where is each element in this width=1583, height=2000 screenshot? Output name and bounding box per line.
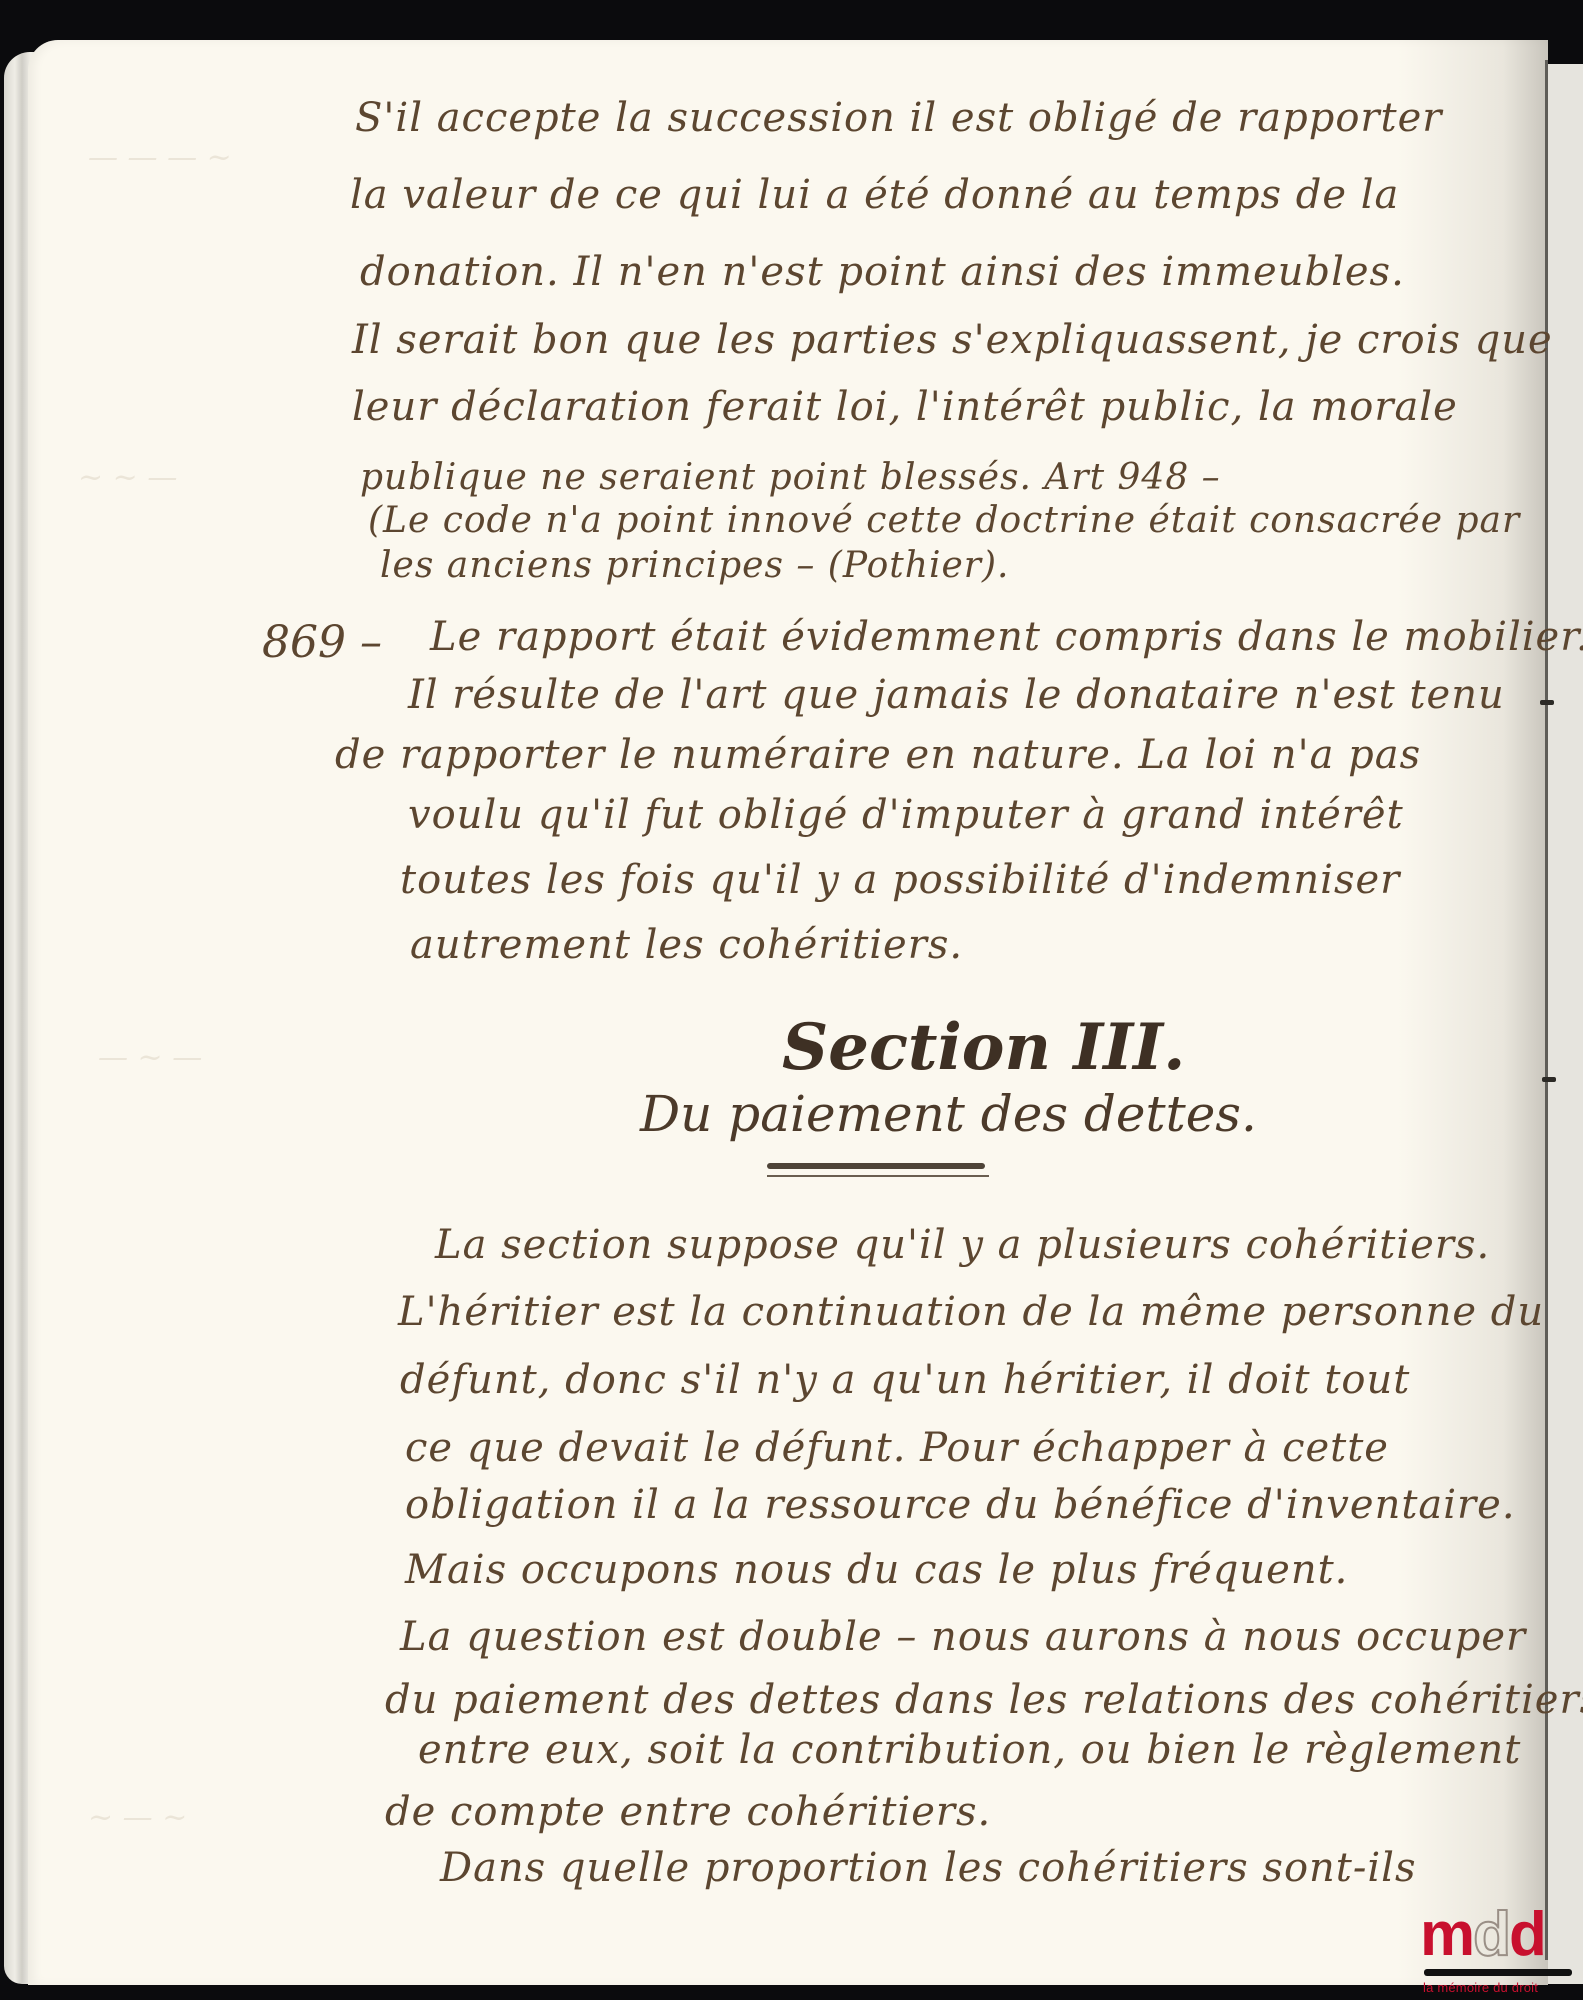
- manuscript-line: du paiement des dettes dans les relation…: [385, 1680, 1583, 1720]
- manuscript-line: autrement les cohéritiers.: [410, 925, 963, 965]
- section-divider: [767, 1163, 985, 1169]
- logo-letter-d: d: [1509, 1905, 1545, 1965]
- manuscript-line: la valeur de ce qui lui a été donné au t…: [350, 175, 1399, 215]
- manuscript-line: S'il accepte la succession il est obligé…: [355, 98, 1442, 138]
- mdd-logo: m d d la mémoire du droit: [1420, 1905, 1580, 1997]
- mdd-logo-mark: m d d: [1420, 1905, 1580, 1965]
- scanned-manuscript: — — — ~ ~ ~ — — ~ — ~ — ~ S'il accepte l…: [0, 0, 1583, 2000]
- manuscript-line: Mais occupons nous du cas le plus fréque…: [405, 1550, 1348, 1590]
- section-title: Section III.: [782, 1010, 1185, 1085]
- logo-letter-m: m: [1420, 1905, 1473, 1965]
- manuscript-line: obligation il a la ressource du bénéfice…: [405, 1485, 1516, 1525]
- manuscript-line: les anciens principes – (Pothier).: [380, 548, 1009, 584]
- bleed-through-text: — — — ~: [88, 140, 232, 175]
- bleed-through-text: ~ ~ —: [78, 460, 177, 495]
- manuscript-line: défunt, donc s'il n'y a qu'un héritier, …: [400, 1360, 1410, 1400]
- manuscript-line: toutes les fois qu'il y a possibilité d'…: [400, 860, 1400, 900]
- manuscript-line: La section suppose qu'il y a plusieurs c…: [435, 1225, 1490, 1265]
- manuscript-line: L'héritier est la continuation de la mêm…: [398, 1292, 1544, 1332]
- manuscript-line: Il résulte de l'art que jamais le donata…: [408, 675, 1505, 715]
- manuscript-line: ce que devait le défunt. Pour échapper à…: [405, 1428, 1389, 1468]
- manuscript-line: donation. Il n'en n'est point ainsi des …: [360, 252, 1405, 292]
- manuscript-line: Dans quelle proportion les cohéritiers s…: [440, 1848, 1417, 1888]
- manuscript-line: Le rapport était évidemment compris dans…: [430, 617, 1583, 657]
- manuscript-line: Il serait bon que les parties s'expliqua…: [352, 320, 1553, 360]
- logo-letter-d-outline: d: [1473, 1905, 1509, 1965]
- manuscript-line: de rapporter le numéraire en nature. La …: [335, 735, 1421, 775]
- manuscript-line: La question est double – nous aurons à n…: [400, 1617, 1526, 1657]
- binding-stitch: [1540, 700, 1554, 705]
- article-number: 869 –: [262, 617, 382, 668]
- section-subtitle: Du paiement des dettes.: [640, 1085, 1257, 1143]
- manuscript-line: voulu qu'il fut obligé d'imputer à grand…: [408, 795, 1404, 835]
- bleed-through-text: — ~ —: [98, 1040, 202, 1075]
- manuscript-line: (Le code n'a point innové cette doctrine…: [368, 503, 1520, 539]
- logo-underline: [1424, 1969, 1572, 1976]
- section-divider-thin: [767, 1175, 989, 1177]
- binding-stitch: [1542, 1077, 1556, 1082]
- manuscript-line: entre eux, soit la contribution, ou bien…: [418, 1730, 1521, 1770]
- manuscript-line: leur déclaration ferait loi, l'intérêt p…: [352, 387, 1458, 427]
- manuscript-line: publique ne seraient point blessés. Art …: [360, 460, 1221, 496]
- manuscript-line: de compte entre cohéritiers.: [385, 1792, 991, 1832]
- bleed-through-text: ~ — ~: [88, 1800, 187, 1835]
- logo-tagline: la mémoire du droit: [1420, 1980, 1580, 1995]
